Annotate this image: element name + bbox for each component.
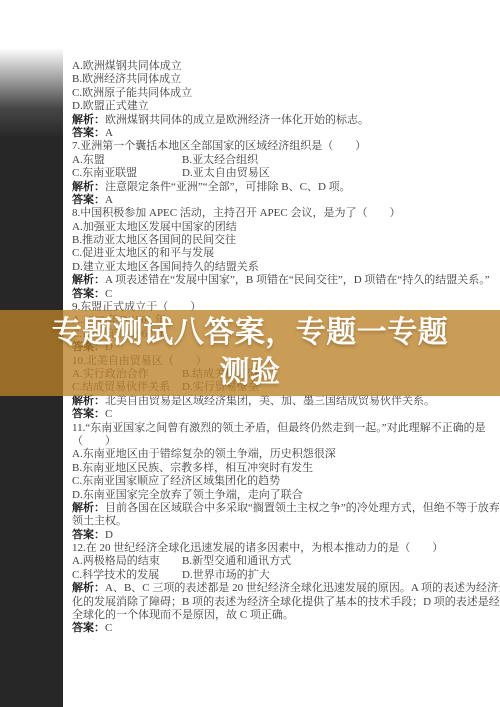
text-segment: B.亚太经合组织 (182, 154, 258, 166)
text-line: 答案：C (72, 408, 492, 421)
text-segment: A (105, 127, 113, 139)
label-segment: 答案： (72, 622, 105, 634)
text-segment: 注意限定条件“亚洲”“全部”，可排除 B、C、D 项。 (105, 181, 351, 193)
text-segment: 北美自由贸易是区域经济集团，美、加、墨三国结成贸易伙伴关系。 (105, 395, 435, 407)
text-segment: D.东南亚国家完全放弃了领土争端，走向了联合 (72, 489, 303, 501)
label-segment: 答案： (72, 408, 105, 420)
label-segment: 答案： (72, 288, 105, 300)
text-segment: C.科学技术的发展 (72, 569, 182, 582)
text-line: C.欧洲原子能共同体成立 (72, 87, 492, 100)
text-line: 答案：A (72, 194, 492, 207)
text-segment: 目前各国在区域联合中多采取“搁置领土主权之争”的冷处理方式，但绝不等于放弃 (105, 502, 500, 514)
text-line: 全球化的一个体现而不是原因，故 C 项正确。 (72, 609, 492, 622)
text-line: 解析：注意限定条件“亚洲”“全部”，可排除 B、C、D 项。 (72, 181, 492, 194)
text-line: 答案：C (72, 622, 492, 635)
label-segment: 解析： (72, 114, 105, 126)
text-segment: A.两极格局的结束 (72, 555, 182, 568)
text-line: B.推动亚太地区各国间的民间交往 (72, 234, 492, 247)
text-segment: A.东南亚地区由于错综复杂的领土争端，历史积怨很深 (72, 448, 336, 460)
scanned-exam-page: A.欧洲煤钢共同体成立B.欧洲经济共同体成立C.欧洲原子能共同体成立D.欧盟正式… (0, 0, 500, 707)
text-line: A.东盟B.亚太经合组织 (72, 154, 492, 167)
label-segment: 答案： (72, 529, 105, 541)
text-line: 答案：A (72, 127, 492, 140)
text-line: D.建立亚太地区各国间持久的结盟关系 (72, 261, 492, 274)
text-line: 化的发展消除了障碍；B 项的表述为经济全球化提供了基本的技术手段；D 项的表述是… (72, 596, 492, 609)
text-line: 解析：北美自由贸易是区域经济集团，美、加、墨三国结成贸易伙伴关系。 (72, 395, 492, 408)
text-line: C.促进亚太地区的和平与发展 (72, 247, 492, 260)
text-line: 解析：目前各国在区域联合中多采取“搁置领土主权之争”的冷处理方式，但绝不等于放弃 (72, 502, 492, 515)
text-line: 11.“东南亚国家之间曾有激烈的领土矛盾，但最终仍然走到一起。”对此理解不正确的… (72, 422, 492, 435)
text-line: 答案：D (72, 529, 492, 542)
text-line: A.加强亚太地区发展中国家的团结 (72, 221, 492, 234)
text-line: C.东南亚联盟D.亚太自由贸易区 (72, 167, 492, 180)
watermark-banner: 专题测试八答案，专题一专题 测验 (0, 310, 500, 396)
text-segment: A.东盟 (72, 154, 182, 167)
text-segment: C.东南亚国家顺应了经济区域集团化的趋势 (72, 475, 280, 487)
text-segment: 7.亚洲第一个囊括本地区全部国家的区域经济组织是（ ） (72, 140, 366, 152)
text-line: A.欧洲煤钢共同体成立 (72, 60, 492, 73)
text-line: 解析：A、B、C 三项的表述都是 20 世纪经济全球化迅速发展的原因。A 项的表… (72, 582, 492, 595)
text-segment: C (105, 288, 112, 300)
text-segment: 8.中国积极参加 APEC 活动，主持召开 APEC 会议，是为了（ ） (72, 207, 400, 219)
text-segment: 化的发展消除了障碍；B 项的表述为经济全球化提供了基本的技术手段；D 项的表述是… (72, 596, 500, 608)
text-segment: C (105, 622, 112, 634)
text-segment: 领土主权。 (72, 515, 127, 527)
text-line: （ ） (72, 435, 492, 448)
label-segment: 解析： (72, 274, 105, 286)
text-segment: A 项表述错在“发展中国家”，B 项错在“民间交往”，D 项错在“持久的结盟关系… (105, 274, 490, 286)
text-segment: A.欧洲煤钢共同体成立 (72, 60, 182, 72)
text-segment: （ ） (72, 435, 116, 447)
text-segment: 12.在 20 世纪经济全球化迅速发展的诸多因素中，为根本推动力的是（ ） (72, 542, 443, 554)
label-segment: 解析： (72, 582, 105, 594)
text-segment: B.推动亚太地区各国间的民间交往 (72, 234, 236, 246)
text-line: 解析：A 项表述错在“发展中国家”，B 项错在“民间交往”，D 项错在“持久的结… (72, 274, 492, 287)
text-line: B.东南亚地区民族、宗教多样，相互冲突时有发生 (72, 462, 492, 475)
text-segment: D.建立亚太地区各国间持久的结盟关系 (72, 261, 259, 273)
text-segment: A.加强亚太地区发展中国家的团结 (72, 221, 237, 233)
text-line: D.东南亚国家完全放弃了领土争端，走向了联合 (72, 489, 492, 502)
text-line: C.东南亚国家顺应了经济区域集团化的趋势 (72, 475, 492, 488)
text-segment: A (105, 194, 113, 206)
text-line: 解析：欧洲煤钢共同体的成立是欧洲经济一体化开始的标志。 (72, 114, 492, 127)
text-line: 8.中国积极参加 APEC 活动，主持召开 APEC 会议，是为了（ ） (72, 207, 492, 220)
label-segment: 解析： (72, 502, 105, 514)
label-segment: 解析： (72, 181, 105, 193)
text-line: 答案：C (72, 288, 492, 301)
text-line: D.欧盟正式建立 (72, 100, 492, 113)
text-segment: C (105, 408, 112, 420)
label-segment: 答案： (72, 127, 105, 139)
text-line: A.两极格局的结束B.新型交通和通讯方式 (72, 555, 492, 568)
text-segment: 全球化的一个体现而不是原因，故 C 项正确。 (72, 609, 294, 621)
text-segment: D (105, 529, 113, 541)
text-segment: D.欧盟正式建立 (72, 100, 149, 112)
text-line: 领土主权。 (72, 515, 492, 528)
text-segment: C.促进亚太地区的和平与发展 (72, 247, 214, 259)
text-line: A.东南亚地区由于错综复杂的领土争端，历史积怨很深 (72, 448, 492, 461)
text-segment: D.亚太自由贸易区 (182, 167, 270, 179)
text-segment: A、B、C 三项的表述都是 20 世纪经济全球化迅速发展的原因。A 项的表述为经… (105, 582, 500, 594)
label-segment: 答案： (72, 194, 105, 206)
text-segment: B.欧洲经济共同体成立 (72, 73, 181, 85)
text-segment: B.东南亚地区民族、宗教多样，相互冲突时有发生 (72, 462, 313, 474)
text-segment: C.欧洲原子能共同体成立 (72, 87, 192, 99)
text-segment: C.东南亚联盟 (72, 167, 182, 180)
text-segment: B.新型交通和通讯方式 (182, 555, 291, 567)
text-line: 12.在 20 世纪经济全球化迅速发展的诸多因素中，为根本推动力的是（ ） (72, 542, 492, 555)
watermark-title-line2: 测验 (220, 353, 281, 393)
text-segment: 11.“东南亚国家之间曾有激烈的领土矛盾，但最终仍然走到一起。”对此理解不正确的… (72, 422, 486, 434)
text-segment: 欧洲煤钢共同体的成立是欧洲经济一体化开始的标志。 (105, 114, 369, 126)
text-line: C.科学技术的发展D.世界市场的扩大 (72, 569, 492, 582)
text-segment: D.世界市场的扩大 (182, 569, 270, 581)
watermark-title-line1: 专题测试八答案，专题一专题 (52, 313, 449, 353)
label-segment: 解析： (72, 395, 105, 407)
text-line: B.欧洲经济共同体成立 (72, 73, 492, 86)
text-line: 7.亚洲第一个囊括本地区全部国家的区域经济组织是（ ） (72, 140, 492, 153)
